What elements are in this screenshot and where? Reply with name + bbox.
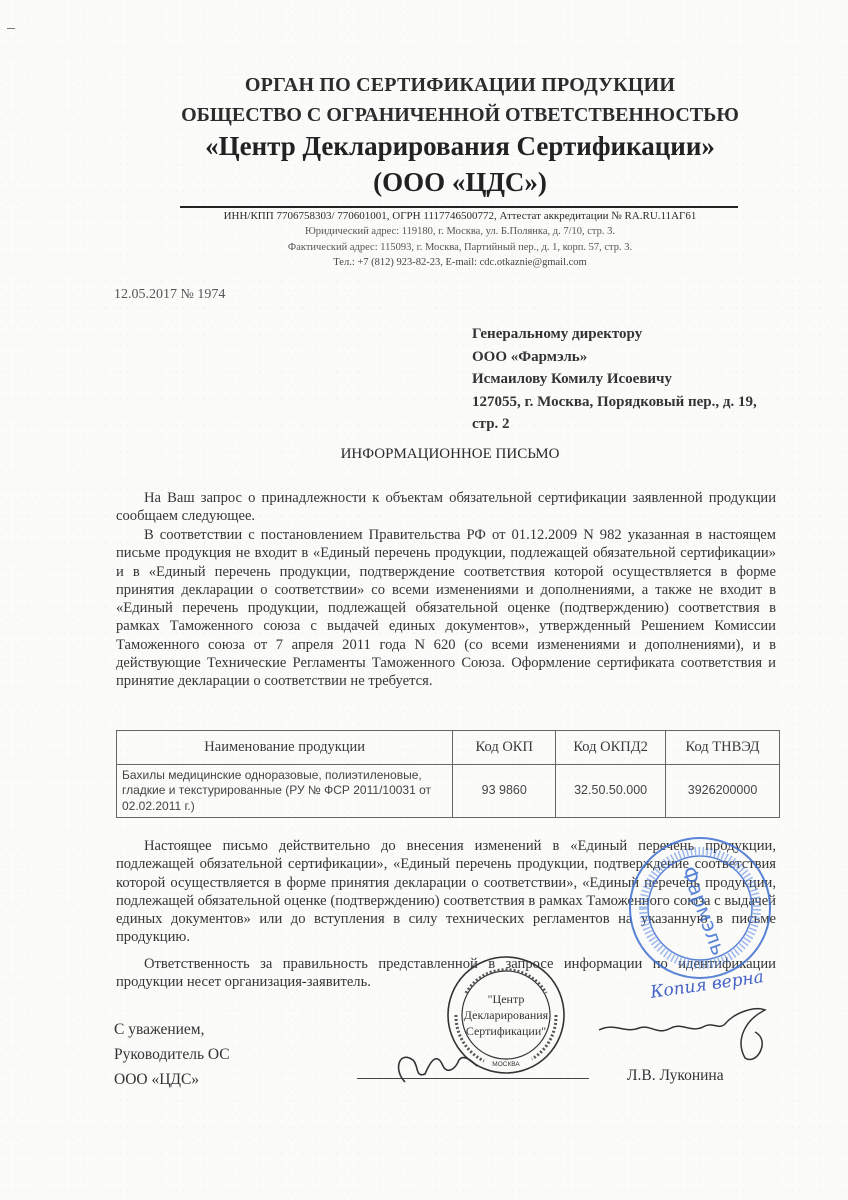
letter-date-number: 12.05.2017 № 1974 — [114, 287, 225, 303]
addressee-position: Генеральному директору — [472, 323, 772, 346]
requisites-actual-address: Фактический адрес: 115093, г. Москва, Па… — [180, 242, 740, 253]
products-table: Наименование продукции Код ОКП Код ОКПД2… — [116, 730, 780, 818]
letterhead-divider — [180, 206, 738, 208]
col-header-tnved: Код ТНВЭД — [666, 731, 780, 765]
scan-mark — [7, 28, 15, 29]
svg-text:Фармэль: Фармэль — [677, 863, 731, 958]
svg-text:"Центр: "Центр — [488, 992, 525, 1006]
col-header-product-name: Наименование продукции — [117, 731, 453, 765]
document-page: ОРГАН ПО СЕРТИФИКАЦИИ ПРОДУКЦИИ ОБЩЕСТВО… — [0, 0, 848, 1200]
letterhead-legal-form: ОБЩЕСТВО С ОГРАНИЧЕННОЙ ОТВЕТСТВЕННОСТЬЮ — [180, 104, 740, 127]
addressee-company: ООО «Фармэль» — [472, 346, 772, 369]
paragraph-text: На Ваш запрос о принадлежности к объекта… — [116, 490, 776, 524]
col-header-okp: Код ОКП — [453, 731, 556, 765]
closing-role: Руководитель ОС — [114, 1042, 230, 1067]
closing-org: ООО «ЦДС» — [114, 1067, 230, 1092]
requisites-ids: ИНН/КПП 7706758303/ 770601001, ОГРН 1117… — [180, 210, 740, 222]
table-row: Бахилы медицинские одноразовые, полиэтил… — [117, 765, 780, 818]
body-paragraph: На Ваш запрос о принадлежности к объекта… — [116, 489, 776, 526]
letterhead-company-name: «Центр Декларирования Сертификации» — [180, 131, 740, 162]
closing-regards: С уважением, — [114, 1017, 230, 1042]
col-header-okpd2: Код ОКПД2 — [556, 731, 666, 765]
requisites-legal-address: Юридический адрес: 119180, г. Москва, ул… — [180, 226, 740, 237]
addressee-signature-icon — [595, 1000, 785, 1070]
letterhead-company-short: (ООО «ЦДС») — [180, 167, 740, 198]
paragraph-text: В соответствии с постановлением Правител… — [116, 527, 776, 689]
cell-tnved: 3926200000 — [666, 765, 780, 818]
requisites-contacts: Тел.: +7 (812) 923-82-23, E-mail: cdc.ot… — [180, 257, 740, 268]
svg-text:Декларирования: Декларирования — [464, 1008, 549, 1022]
addressee-stamp-icon: Фармэль — [625, 833, 775, 983]
signature-icon — [385, 1030, 505, 1090]
cell-okp: 93 9860 — [453, 765, 556, 818]
letter-title: ИНФОРМАЦИОННОЕ ПИСЬМО — [110, 446, 790, 463]
cell-product-name: Бахилы медицинские одноразовые, полиэтил… — [117, 765, 453, 818]
letterhead-org-type: ОРГАН ПО СЕРТИФИКАЦИИ ПРОДУКЦИИ — [180, 74, 740, 97]
body-paragraph: В соответствии с постановлением Правител… — [116, 526, 776, 691]
addressee-name: Исмаилову Комилу Исоевичу — [472, 368, 772, 391]
table-header-row: Наименование продукции Код ОКП Код ОКПД2… — [117, 731, 780, 765]
closing-block: С уважением, Руководитель ОС ООО «ЦДС» — [114, 1017, 230, 1092]
addressee-block: Генеральному директору ООО «Фармэль» Исм… — [472, 323, 772, 436]
cell-okpd2: 32.50.50.000 — [556, 765, 666, 818]
addressee-address: 127055, г. Москва, Порядковый пер., д. 1… — [472, 391, 772, 436]
